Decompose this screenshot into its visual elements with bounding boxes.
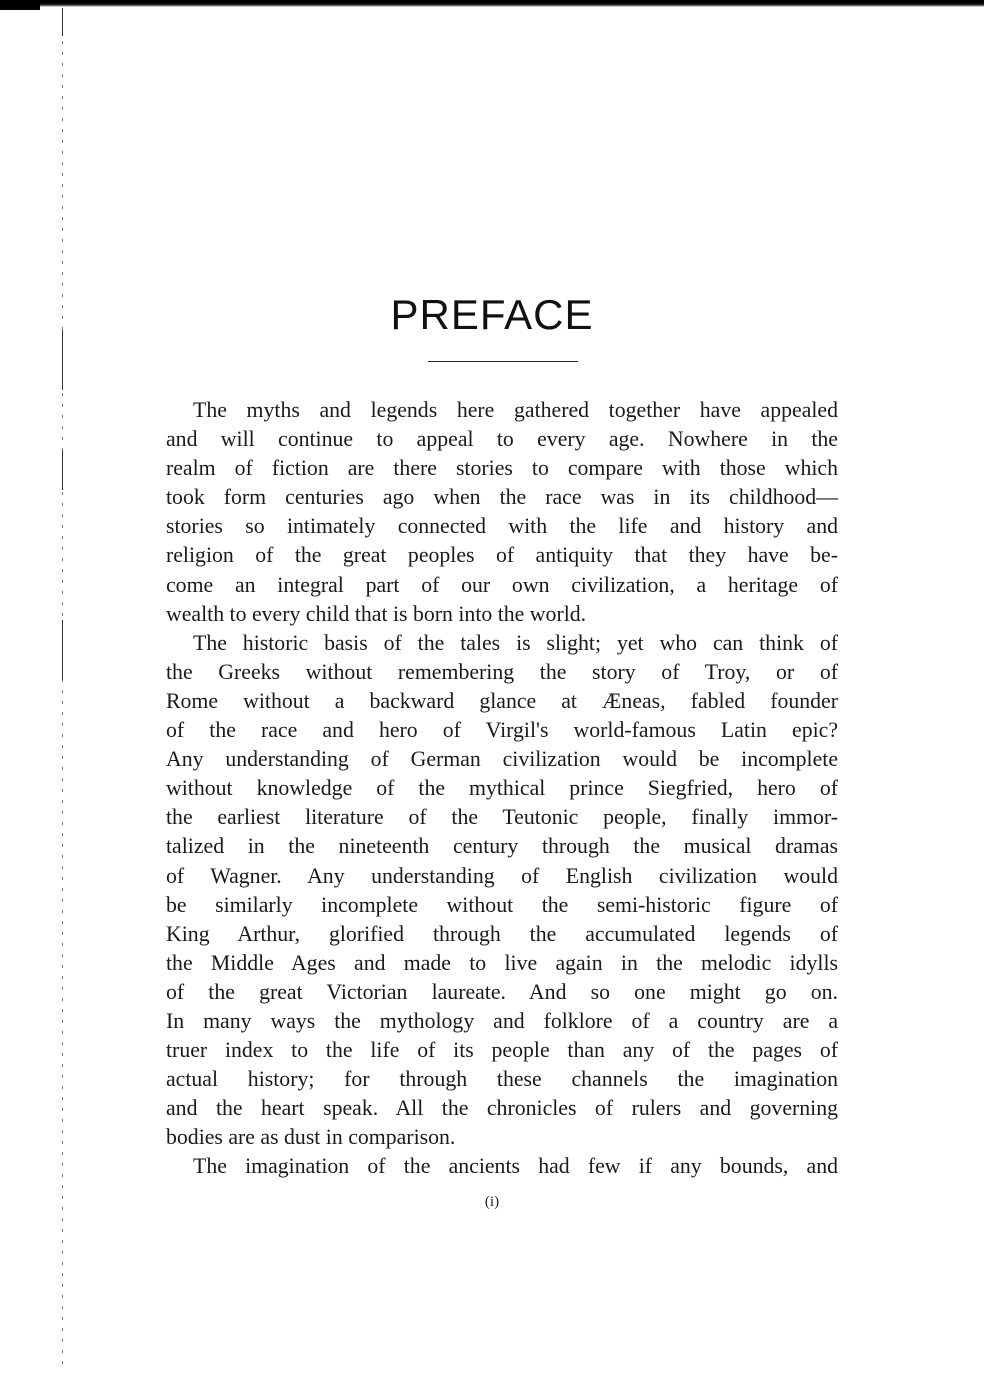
- text-line: took form centuries ago when the race wa…: [166, 483, 838, 512]
- scan-gutter-mark: [62, 8, 63, 36]
- text-line: The historic basis of the tales is sligh…: [166, 629, 838, 658]
- text-line: talized in the nineteenth century throug…: [166, 832, 838, 861]
- scan-top-corner: [0, 0, 40, 10]
- text-line: the Greeks without remembering the story…: [166, 658, 838, 687]
- text-line: Any understanding of German civilization…: [166, 745, 838, 774]
- text-line: come an integral part of our own civiliz…: [166, 571, 838, 600]
- text-line: actual history; for through these channe…: [166, 1065, 838, 1094]
- page-title: PREFACE: [0, 290, 984, 340]
- scan-gutter-mark: [62, 620, 63, 680]
- paragraph-2: The historic basis of the tales is sligh…: [166, 629, 838, 1153]
- text-line: The myths and legends here gathered toge…: [166, 396, 838, 425]
- text-line: The imagination of the ancients had few …: [166, 1152, 838, 1181]
- text-line: be similarly incomplete without the semi…: [166, 891, 838, 920]
- scan-top-edge: [0, 0, 984, 7]
- text-line: realm of fiction are there stories to co…: [166, 454, 838, 483]
- text-line: In many ways the mythology and folklore …: [166, 1007, 838, 1036]
- page-number: (i): [0, 1194, 984, 1211]
- scan-gutter-line: [62, 8, 63, 1368]
- text-line: and the heart speak. All the chronicles …: [166, 1094, 838, 1123]
- text-line: of the great Victorian laureate. And so …: [166, 978, 838, 1007]
- text-line: of Wagner. Any understanding of English …: [166, 862, 838, 891]
- text-line: wealth to every child that is born into …: [166, 600, 838, 629]
- preface-body: The myths and legends here gathered toge…: [166, 396, 838, 1182]
- text-line: without knowledge of the mythical prince…: [166, 774, 838, 803]
- text-line: truer index to the life of its people th…: [166, 1036, 838, 1065]
- text-line: the Middle Ages and made to live again i…: [166, 949, 838, 978]
- title-divider: [428, 361, 578, 362]
- paragraph-3: The imagination of the ancients had few …: [166, 1152, 838, 1181]
- scan-gutter-mark: [62, 450, 63, 490]
- text-line: the earliest literature of the Teutonic …: [166, 803, 838, 832]
- paragraph-1: The myths and legends here gathered toge…: [166, 396, 838, 629]
- text-line: bodies are as dust in comparison.: [166, 1123, 838, 1152]
- text-line: stories so intimately connected with the…: [166, 512, 838, 541]
- text-line: King Arthur, glorified through the accum…: [166, 920, 838, 949]
- text-line: of the race and hero of Virgil's world-f…: [166, 716, 838, 745]
- text-line: religion of the great peoples of antiqui…: [166, 541, 838, 570]
- text-line: and will continue to appeal to every age…: [166, 425, 838, 454]
- text-line: Rome without a backward glance at Æneas,…: [166, 687, 838, 716]
